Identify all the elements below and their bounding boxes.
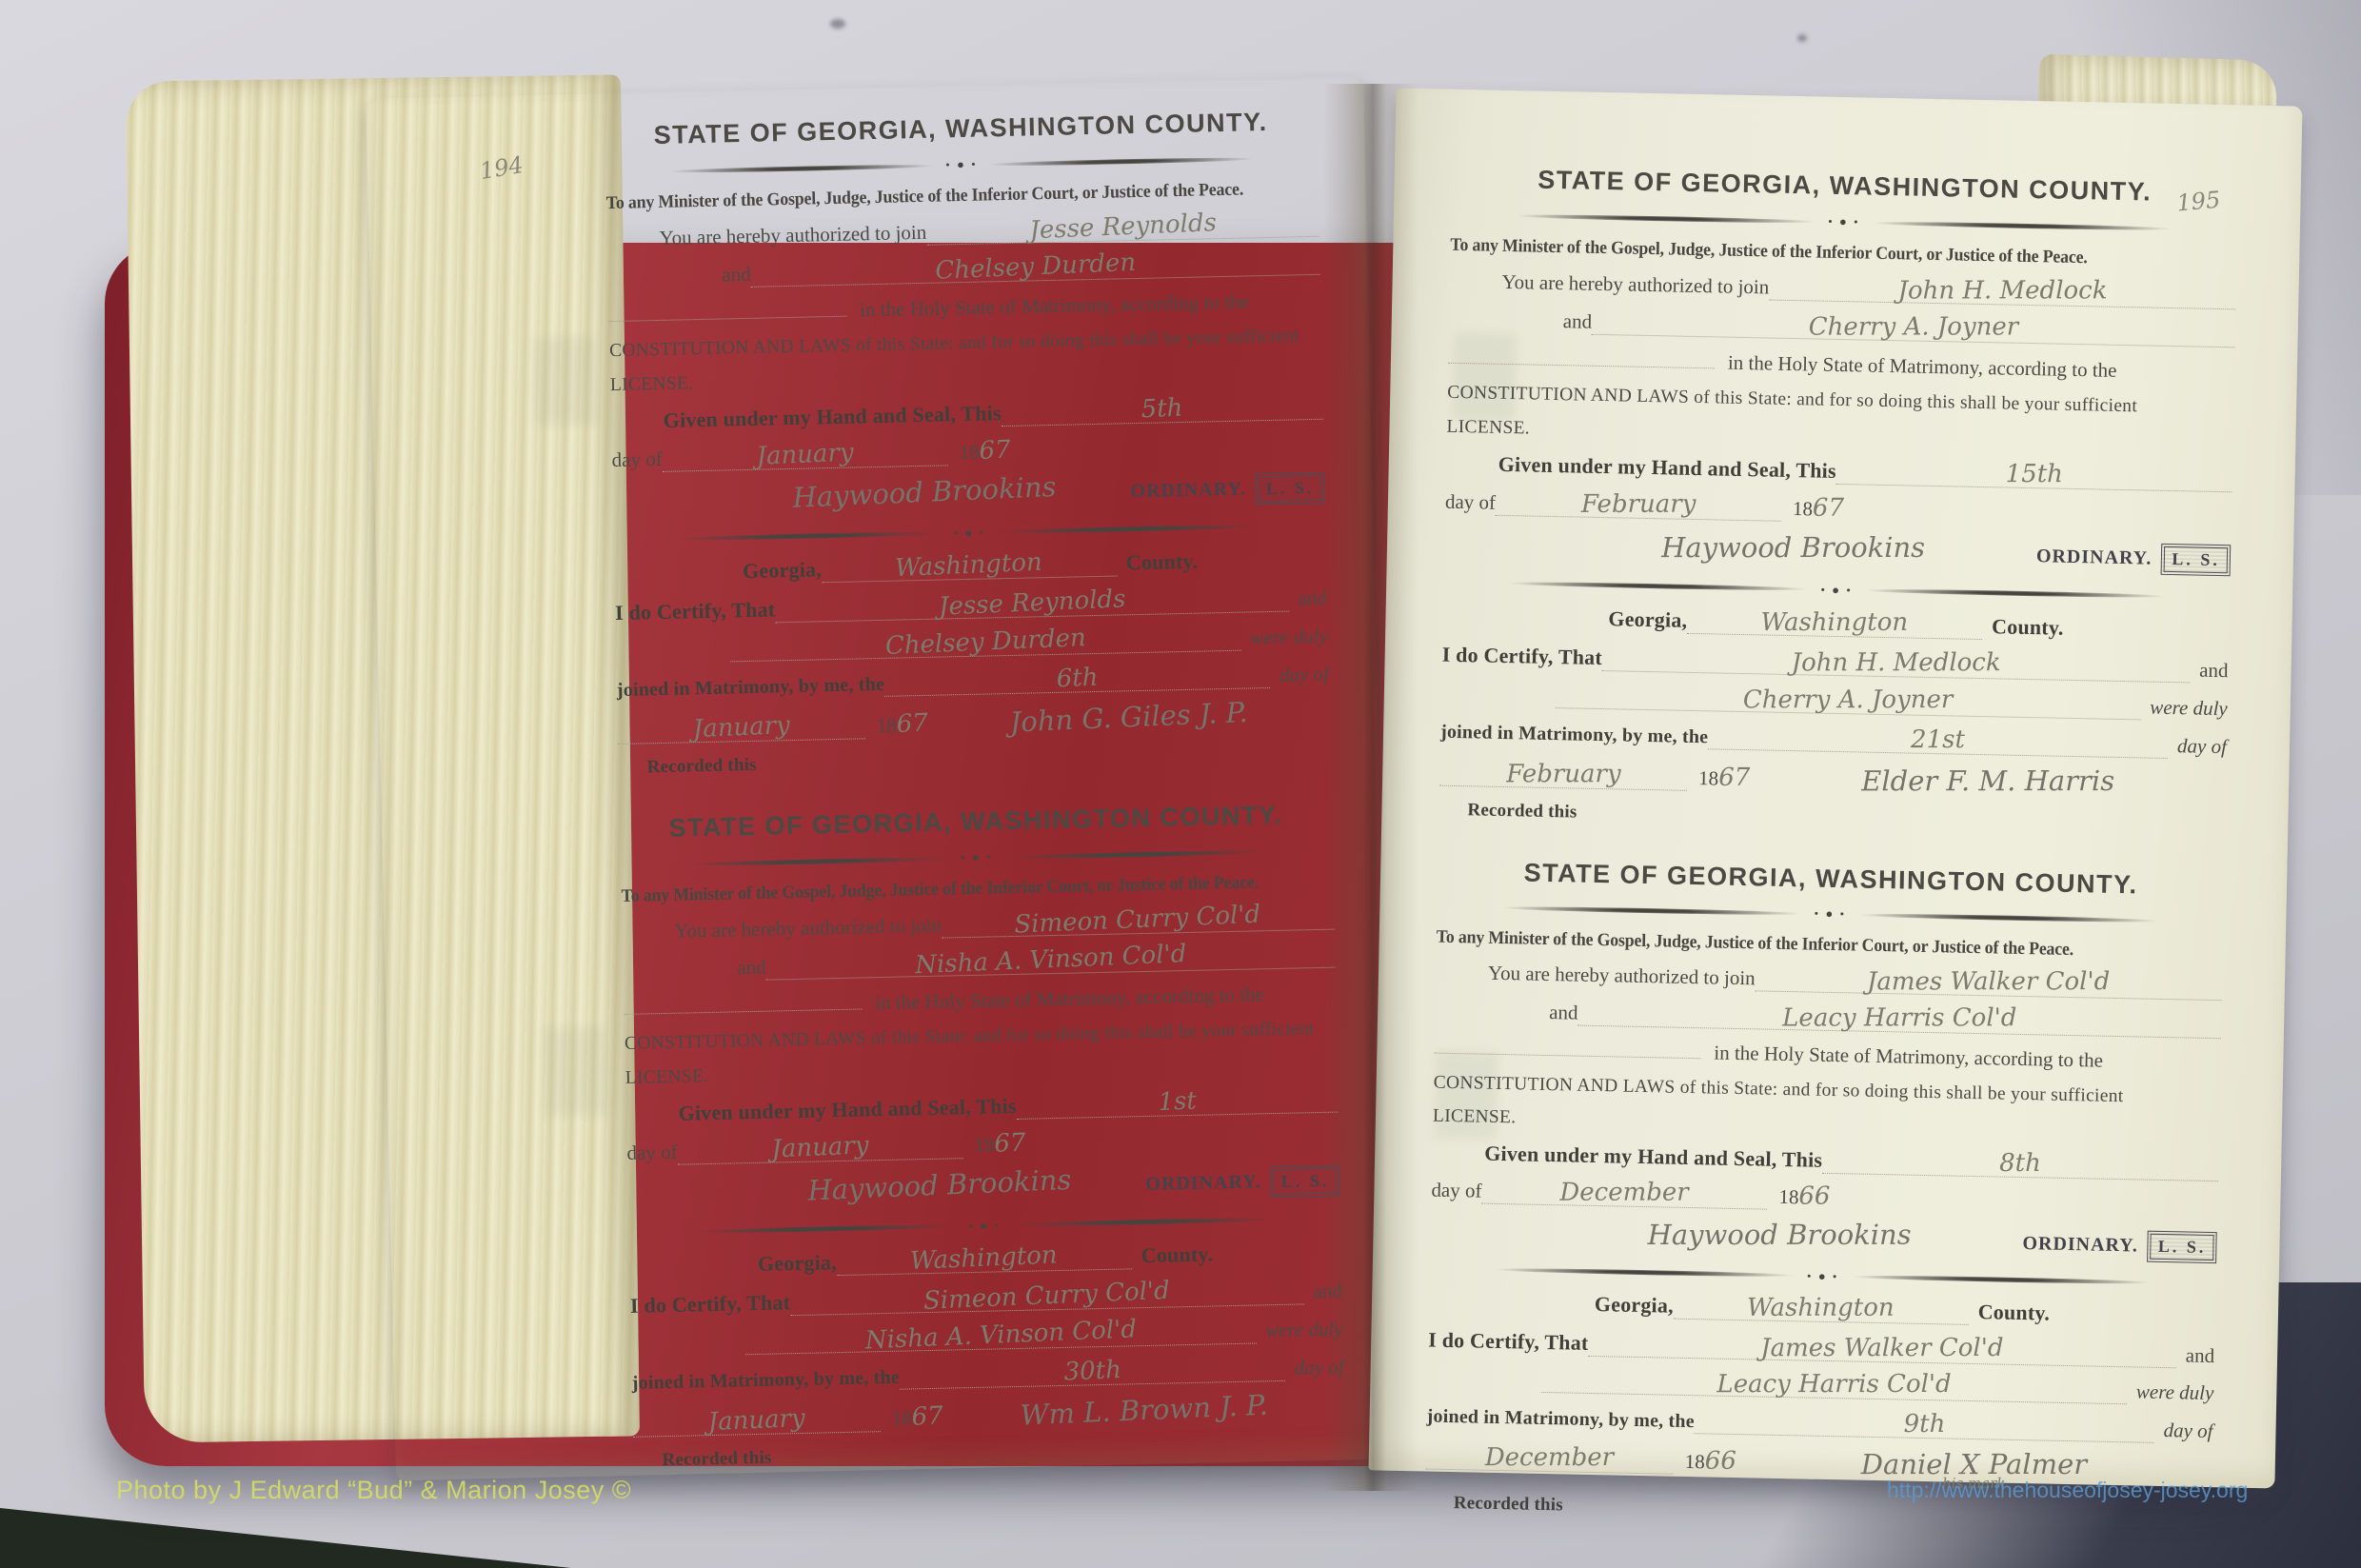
county-written: Washington [895, 551, 1042, 580]
seal-day: 5th [1141, 398, 1183, 422]
day-of-label: day of [1445, 490, 1497, 515]
certify-row: I do Certify, That John H. Medlock and [1441, 642, 2228, 684]
day-of-label: day of [1431, 1179, 1482, 1203]
cert-year-suffix: 67 [896, 712, 928, 736]
ordinary-label: ORDINARY. [2022, 1233, 2138, 1257]
divider-dots-icon: • ● • [945, 157, 978, 173]
cert-day-line: 21st [1708, 724, 2168, 759]
were-duly-label: were duly [2150, 695, 2228, 721]
license-label: LICENSE. [610, 360, 1322, 396]
cert-bride-line: Chelsey Durden [730, 625, 1241, 662]
county-row: Georgia, Washington County. [1442, 603, 2229, 645]
certify-row: I do Certify, That Jesse Reynolds and [615, 585, 1327, 625]
month-written: January [756, 443, 854, 469]
right-page: 195 STATE OF GEORGIA, WASHINGTON COUNTY.… [1369, 89, 2303, 1489]
cert-month-row: January 1867 John G. Giles J. P. [617, 700, 1329, 744]
form-header: STATE OF GEORGIA, WASHINGTON COUNTY. [1451, 164, 2237, 209]
ordinary-signature: Haywood Brookins [1661, 535, 1925, 560]
recorded-label: Recorded this [1454, 1493, 1563, 1516]
county-line: Washington [1674, 1295, 1969, 1325]
ordinary-row: Haywood Brookins ORDINARY. L. S. [627, 1164, 1340, 1212]
officiant-signature: Daniel X Palmer [1861, 1452, 2087, 1477]
recorded-row: Recorded this [618, 742, 1330, 778]
cert-bride-line: Nisha A. Vinson Col'd [745, 1319, 1257, 1355]
ordinary-label: ORDINARY. [2036, 546, 2153, 570]
year-prefix: 18 [877, 713, 898, 737]
cert-groom-line: John H. Medlock [1602, 646, 2191, 683]
county-label: County. [1141, 1241, 1213, 1268]
left-page: 194 STATE OF GEORGIA, WASHINGTON COUNTY.… [366, 77, 1393, 1481]
cert-day-line: 30th [900, 1357, 1285, 1390]
address-line: To any Minister of the Gospel, Judge, Ju… [1450, 235, 2190, 271]
matrimony-row: in the Holy State of Matrimony, accordin… [1434, 1036, 2220, 1076]
georgia-label: Georgia, [1608, 606, 1687, 633]
county-line: Washington [837, 1244, 1132, 1276]
bride-row: and Nisha A. Vinson Col'd [737, 943, 1335, 982]
cert-day-line: 9th [1695, 1409, 2154, 1443]
day-of-row: day of January 1867 [611, 433, 1323, 473]
ordinary-signature: Haywood Brookins [806, 1167, 1071, 1203]
officiant-wrap: Elder F. M. Harris [1750, 764, 2226, 801]
day-of-label: day of [626, 1141, 678, 1165]
month-line: January [677, 1135, 962, 1166]
bleedthrough-stamp [544, 1026, 608, 1115]
divider-line [1851, 912, 2166, 923]
day-of-label: day of [1294, 1355, 1343, 1379]
notary-seal-stamp: L. S. [2148, 1231, 2217, 1263]
year-prefix: 18 [1685, 1450, 1705, 1474]
georgia-label: Georgia, [758, 1250, 837, 1277]
month-line: January [662, 442, 947, 473]
divider-line [1865, 220, 2180, 231]
officiant-signature: John G. Giles J. P. [1009, 700, 1248, 735]
day-of-row: day of December 1866 [1431, 1179, 2217, 1220]
divider-line [1843, 1275, 2158, 1286]
county-row: Georgia, Washington County. [614, 546, 1326, 586]
and-label: and [1549, 1001, 1578, 1025]
given-row: Given under my Hand and Seal, This 1st [678, 1087, 1338, 1127]
cert-month-line: January [632, 1407, 881, 1438]
divider-line [1494, 905, 1809, 917]
divider-line [678, 856, 956, 866]
and-label: and [1313, 1279, 1342, 1303]
authorize-label: You are hereby authorized to join [1488, 962, 1756, 991]
bride-name: Leacy Harris Col'd [1782, 1007, 2016, 1030]
cert-bride-name: Leacy Harris Col'd [1717, 1374, 1952, 1397]
recorded-row: Recorded this [1438, 799, 2225, 836]
cert-year-suffix: 66 [1705, 1451, 1736, 1473]
divider-dots-icon: • ● • [961, 849, 993, 865]
blank-line [1434, 1045, 1700, 1060]
ordinary-row: Haywood Brookins ORDINARY. L. S. [1444, 528, 2232, 577]
bride-name: Cherry A. Joyner [1809, 317, 2018, 340]
authorize-row: You are hereby authorized to join John H… [1501, 270, 2235, 309]
authorize-row: You are hereby authorized to join James … [1488, 962, 2222, 1001]
matrimony-row: in the Holy State of Matrimony, accordin… [608, 288, 1320, 327]
divider-dots-icon: • ● • [953, 525, 985, 541]
page-number: 194 [478, 151, 526, 185]
joined-row: joined in Matrimony, by me, the 21st day… [1440, 719, 2227, 760]
day-of-row: day of January 1867 [626, 1126, 1339, 1166]
county-written: Washington [1761, 611, 1909, 634]
ordinary-signature: Haywood Brookins [792, 474, 1057, 510]
notary-seal-stamp: L. S. [1256, 472, 1325, 506]
and-label: and [737, 956, 766, 981]
year-suffix: 67 [979, 440, 1011, 464]
bride-name: Chelsey Durden [935, 252, 1137, 283]
groom-name: Simeon Curry Col'd [1014, 904, 1261, 937]
year-prefix: 18 [891, 1406, 912, 1430]
divider-line [1487, 1267, 1802, 1279]
cert-bride-row: Cherry A. Joyner were duly [1556, 684, 2228, 722]
year-prefix: 18 [1698, 766, 1718, 790]
divider-dots-icon: • ● • [1828, 214, 1860, 230]
address-line: To any Minister of the Gospel, Judge, Ju… [1437, 926, 2176, 963]
groom-name-line: Jesse Reynolds [926, 212, 1319, 246]
marriage-form-4: STATE OF GEORGIA, WASHINGTON COUNTY. • ●… [1425, 857, 2225, 1529]
matrimony-line: in the Holy State of Matrimony, accordin… [875, 982, 1264, 1015]
joined-label: joined in Matrimony, by me, the [1440, 721, 1709, 748]
ordinary-row: Haywood Brookins ORDINARY. L. S. [1430, 1216, 2217, 1264]
cert-month: February [1506, 764, 1620, 785]
divider-dots-icon: • ● • [1820, 582, 1853, 598]
year-suffix: 66 [1798, 1186, 1830, 1208]
recorded-label: Recorded this [662, 1447, 771, 1471]
were-duly-label: were duly [2136, 1380, 2214, 1406]
seal-day: 8th [1999, 1152, 2041, 1174]
county-written: Washington [1747, 1298, 1895, 1320]
bride-row: and Cherry A. Joyner [1563, 309, 2235, 347]
day-of-label: day of [2177, 734, 2227, 759]
officiant-wrap: Wm L. Brown J. P. [942, 1393, 1344, 1429]
certify-label: I do Certify, That [615, 597, 776, 625]
ordinary-label: ORDINARY. [1130, 479, 1246, 504]
cert-month: December [1485, 1447, 1614, 1470]
spacer [1430, 1238, 1535, 1240]
blank-line [1448, 355, 1715, 369]
bride-name-line: Leacy Harris Col'd [1577, 1001, 2221, 1039]
authorize-label: You are hereby authorized to join [674, 914, 942, 943]
were-duly-label: were duly [1265, 1317, 1343, 1342]
cert-day-line: 6th [884, 664, 1270, 697]
cert-bride-row: Nisha A. Vinson Col'd were duly [745, 1317, 1343, 1355]
joined-row: joined in Matrimony, by me, the 9th day … [1426, 1403, 2212, 1444]
month-written: February [1581, 494, 1696, 516]
given-row: Given under my Hand and Seal, This 8th [1484, 1141, 2218, 1181]
divider-line [1005, 1217, 1283, 1227]
cert-bride-name: Nisha A. Vinson Col'd [864, 1319, 1137, 1353]
georgia-label: Georgia, [743, 557, 822, 584]
bleedthrough-stamp [533, 336, 598, 425]
constitution-line: CONSTITUTION AND LAWS of this State: and… [625, 1019, 1337, 1055]
cert-bride-line: Cherry A. Joyner [1556, 684, 2141, 720]
were-duly-label: were duly [1250, 624, 1328, 649]
ordinary-label: ORDINARY. [1145, 1172, 1261, 1197]
divider-line [1508, 213, 1823, 225]
table-speck [830, 19, 845, 29]
cert-day: 30th [1063, 1360, 1121, 1384]
matrimony-row: in the Holy State of Matrimony, accordin… [624, 982, 1336, 1021]
address-line: To any Minister of the Gospel, Judge, Ju… [606, 179, 1276, 214]
license-label: LICENSE. [1433, 1106, 2219, 1143]
seal-day: 15th [2006, 464, 2063, 486]
certify-row: I do Certify, That James Walker Col'd an… [1428, 1327, 2214, 1369]
divider-line [998, 848, 1276, 859]
cert-day: 6th [1056, 666, 1099, 690]
license-label: LICENSE. [625, 1053, 1338, 1089]
month-written: January [771, 1136, 869, 1162]
county-written: Washington [910, 1244, 1058, 1273]
cert-year-suffix: 67 [1718, 767, 1750, 789]
cert-month-row: February 1867 Elder F. M. Harris [1439, 757, 2226, 802]
header-divider: • ● • [1494, 900, 2166, 928]
constitution-line: CONSTITUTION AND LAWS of this State: and… [609, 326, 1321, 362]
cert-month: January [707, 1408, 805, 1435]
county-line: Washington [1687, 608, 1982, 639]
month-written: December [1560, 1182, 1689, 1205]
joined-label: joined in Matrimony, by me, the [1426, 1405, 1695, 1433]
spacer [1026, 1137, 1339, 1151]
given-row: Given under my Hand and Seal, This 15th [1498, 452, 2232, 492]
ordinary-signature-wrap: Haywood Brookins [1549, 530, 2036, 567]
cert-bride-name: Chelsey Durden [884, 627, 1086, 658]
ordinary-signature-wrap: Haywood Brookins [1535, 1218, 2022, 1255]
given-label: Given under my Hand and Seal, This [1498, 452, 1835, 484]
bride-row: and Leacy Harris Col'd [1549, 1001, 2221, 1039]
given-row: Given under my Hand and Seal, This 5th [663, 394, 1322, 434]
certify-label: I do Certify, That [1428, 1327, 1589, 1355]
website-watermark: http://www.thehouseofjosey-josey.org [1887, 1478, 2248, 1503]
day-of-label: day of [2163, 1419, 2212, 1443]
cert-groom-name: John H. Medlock [1792, 652, 2001, 675]
authorize-row: You are hereby authorized to join Simeon… [674, 905, 1334, 944]
divider-line [990, 524, 1268, 534]
marriage-form-2: STATE OF GEORGIA, WASHINGTON COUNTY. • ●… [620, 800, 1346, 1472]
cert-month: January [692, 715, 790, 742]
section-divider: • ● • [1500, 575, 2173, 604]
county-label: County. [1992, 614, 2064, 641]
header-divider: • ● • [678, 844, 1276, 872]
cert-groom-name: Jesse Reynolds [938, 588, 1125, 619]
ordinary-signature: Haywood Brookins [1647, 1222, 1911, 1247]
seal-day: 1st [1158, 1091, 1197, 1115]
county-label: County. [1977, 1300, 2050, 1326]
county-label: County. [1126, 548, 1199, 575]
section-divider: • ● • [685, 1211, 1283, 1240]
cert-bride-name: Cherry A. Joyner [1743, 689, 1953, 712]
seal-day-line: 1st [1016, 1088, 1338, 1120]
georgia-label: Georgia, [1595, 1292, 1674, 1319]
address-line: To any Minister of the Gospel, Judge, Ju… [621, 872, 1290, 907]
bride-name-line: Chelsey Durden [750, 250, 1319, 288]
county-line: Washington [822, 551, 1117, 583]
authorize-label: You are hereby authorized to join [659, 221, 926, 250]
groom-name-line: Simeon Curry Col'd [942, 905, 1335, 939]
spacer [1011, 444, 1324, 458]
month-line: February [1496, 491, 1781, 522]
ordinary-signature-wrap: Haywood Brookins [717, 476, 1131, 512]
spacer [1844, 509, 2232, 525]
year-prefix: 18 [1778, 1185, 1798, 1209]
cert-groom-name: Simeon Curry Col'd [923, 1280, 1171, 1312]
marriage-record-book: 194 STATE OF GEORGIA, WASHINGTON COUNTY.… [95, 38, 2275, 1466]
cert-day: 9th [1903, 1414, 1945, 1436]
photo-credit-watermark: Photo by J Edward “Bud” & Marion Josey © [116, 1476, 631, 1505]
and-label: and [2199, 658, 2229, 683]
constitution-line: CONSTITUTION AND LAWS of this State: and… [1447, 383, 2233, 420]
blank-line [608, 308, 846, 322]
given-label: Given under my Hand and Seal, This [663, 402, 1002, 434]
groom-name: Jesse Reynolds [1029, 212, 1217, 243]
notary-seal-stamp: L. S. [2161, 544, 2231, 576]
divider-dots-icon: • ● • [968, 1218, 1001, 1234]
matrimony-line: in the Holy State of Matrimony, accordin… [860, 290, 1249, 323]
ordinary-signature-wrap: Haywood Brookins [732, 1168, 1146, 1204]
cert-bride-line: Leacy Harris Col'd [1541, 1368, 2127, 1404]
header-divider: • ● • [1508, 208, 2180, 236]
county-row: Georgia, Washington County. [629, 1239, 1341, 1280]
officiant-signature: Elder F. M. Harris [1861, 768, 2114, 793]
spacer [628, 1200, 733, 1201]
divider-line [663, 163, 941, 173]
form-header: STATE OF GEORGIA, WASHINGTON COUNTY. [1438, 857, 2224, 903]
given-label: Given under my Hand and Seal, This [1484, 1141, 1822, 1172]
officiant-signature: Wm L. Brown J. P. [1020, 1392, 1268, 1427]
seal-day-line: 5th [1001, 395, 1322, 427]
day-of-label: day of [611, 447, 663, 472]
divider-dots-icon: • ● • [1814, 906, 1846, 923]
certify-label: I do Certify, That [1441, 642, 1602, 669]
cert-groom-line: Jesse Reynolds [775, 586, 1289, 623]
cert-month-row: January 1867 Wm L. Brown J. P. [632, 1393, 1344, 1437]
certify-label: I do Certify, That [630, 1290, 791, 1319]
groom-name: James Walker Col'd [1867, 971, 2110, 994]
constitution-line: CONSTITUTION AND LAWS of this State: and… [1433, 1072, 2219, 1109]
divider-line [1857, 587, 2173, 599]
seal-day-line: 8th [1822, 1148, 2218, 1181]
cert-groom-name: James Walker Col'd [1760, 1338, 2003, 1360]
section-divider: • ● • [670, 519, 1268, 547]
year-prefix: 18 [974, 1134, 995, 1158]
year-suffix: 67 [1813, 498, 1844, 520]
recorded-label: Recorded this [1467, 800, 1577, 823]
cert-bride-row: Leacy Harris Col'd were duly [1541, 1368, 2213, 1406]
cert-year-suffix: 67 [911, 1405, 943, 1429]
matrimony-line: in the Holy State of Matrimony, accordin… [1714, 1042, 2103, 1073]
section-divider: • ● • [1487, 1262, 2159, 1291]
and-label: and [2186, 1343, 2215, 1368]
groom-name-line: James Walker Col'd [1755, 967, 2222, 1002]
notary-seal-stamp: L. S. [1270, 1165, 1339, 1199]
spacer [1444, 550, 1549, 552]
given-label: Given under my Hand and Seal, This [678, 1094, 1017, 1126]
spacer [1830, 1197, 2217, 1212]
month-line: December [1481, 1180, 1767, 1210]
certify-row: I do Certify, That Simeon Curry Col'd an… [630, 1278, 1342, 1319]
header-divider: • ● • [663, 150, 1260, 179]
authorize-label: You are hereby authorized to join [1501, 270, 1769, 300]
cert-month-line: December [1426, 1445, 1674, 1475]
groom-name: John H. Medlock [1897, 280, 2107, 303]
joined-label: joined in Matrimony, by me, the [617, 674, 885, 702]
divider-line [685, 1223, 963, 1234]
form-header: STATE OF GEORGIA, WASHINGTON COUNTY. [605, 107, 1317, 151]
and-label: and [1563, 309, 1593, 334]
divider-dots-icon: • ● • [1807, 1268, 1839, 1284]
year-prefix: 18 [1793, 497, 1813, 521]
seal-day-line: 15th [1835, 460, 2232, 492]
day-of-label: day of [1280, 662, 1329, 686]
cert-groom-line: James Walker Col'd [1588, 1332, 2176, 1368]
record-book-photo: 194 STATE OF GEORGIA, WASHINGTON COUNTY.… [0, 0, 2361, 1568]
and-label: and [722, 263, 751, 288]
matrimony-line: in the Holy State of Matrimony, accordin… [1728, 351, 2117, 383]
authorize-row: You are hereby authorized to join Jesse … [659, 212, 1319, 251]
cert-day: 21st [1911, 729, 1965, 751]
marriage-form-1: STATE OF GEORGIA, WASHINGTON COUNTY. • ●… [605, 107, 1331, 779]
cert-groom-line: Simeon Curry Col'd [790, 1280, 1304, 1316]
bride-name: Nisha A. Vinson Col'd [914, 943, 1186, 978]
day-of-row: day of February 1867 [1445, 490, 2232, 531]
divider-line [982, 156, 1260, 167]
and-label: and [1298, 586, 1327, 610]
marriage-form-3: STATE OF GEORGIA, WASHINGTON COUNTY. • ●… [1438, 164, 2238, 836]
officiant-wrap: John G. Giles J. P. [928, 700, 1330, 736]
bride-name-line: Nisha A. Vinson Col'd [765, 943, 1335, 981]
license-label: LICENSE. [1446, 417, 2232, 454]
spacer [613, 506, 718, 508]
recorded-label: Recorded this [646, 755, 756, 779]
form-header: STATE OF GEORGIA, WASHINGTON COUNTY. [620, 800, 1332, 844]
cert-month-line: February [1439, 761, 1687, 790]
bride-row: and Chelsey Durden [722, 250, 1319, 288]
cert-month-line: January [618, 714, 866, 744]
divider-line [670, 530, 948, 541]
groom-name-line: John H. Medlock [1769, 276, 2236, 310]
blank-line [624, 1002, 862, 1015]
county-row: Georgia, Washington County. [1429, 1289, 2215, 1331]
cert-bride-row: Chelsey Durden were duly [730, 624, 1328, 662]
matrimony-row: in the Holy State of Matrimony, accordin… [1448, 346, 2234, 386]
divider-line [1500, 581, 1815, 592]
bride-name-line: Cherry A. Joyner [1592, 310, 2235, 348]
ordinary-row: Haywood Brookins ORDINARY. L. S. [612, 471, 1325, 519]
year-prefix: 18 [959, 441, 980, 465]
joined-label: joined in Matrimony, by me, the [632, 1366, 901, 1394]
year-suffix: 67 [994, 1133, 1026, 1157]
